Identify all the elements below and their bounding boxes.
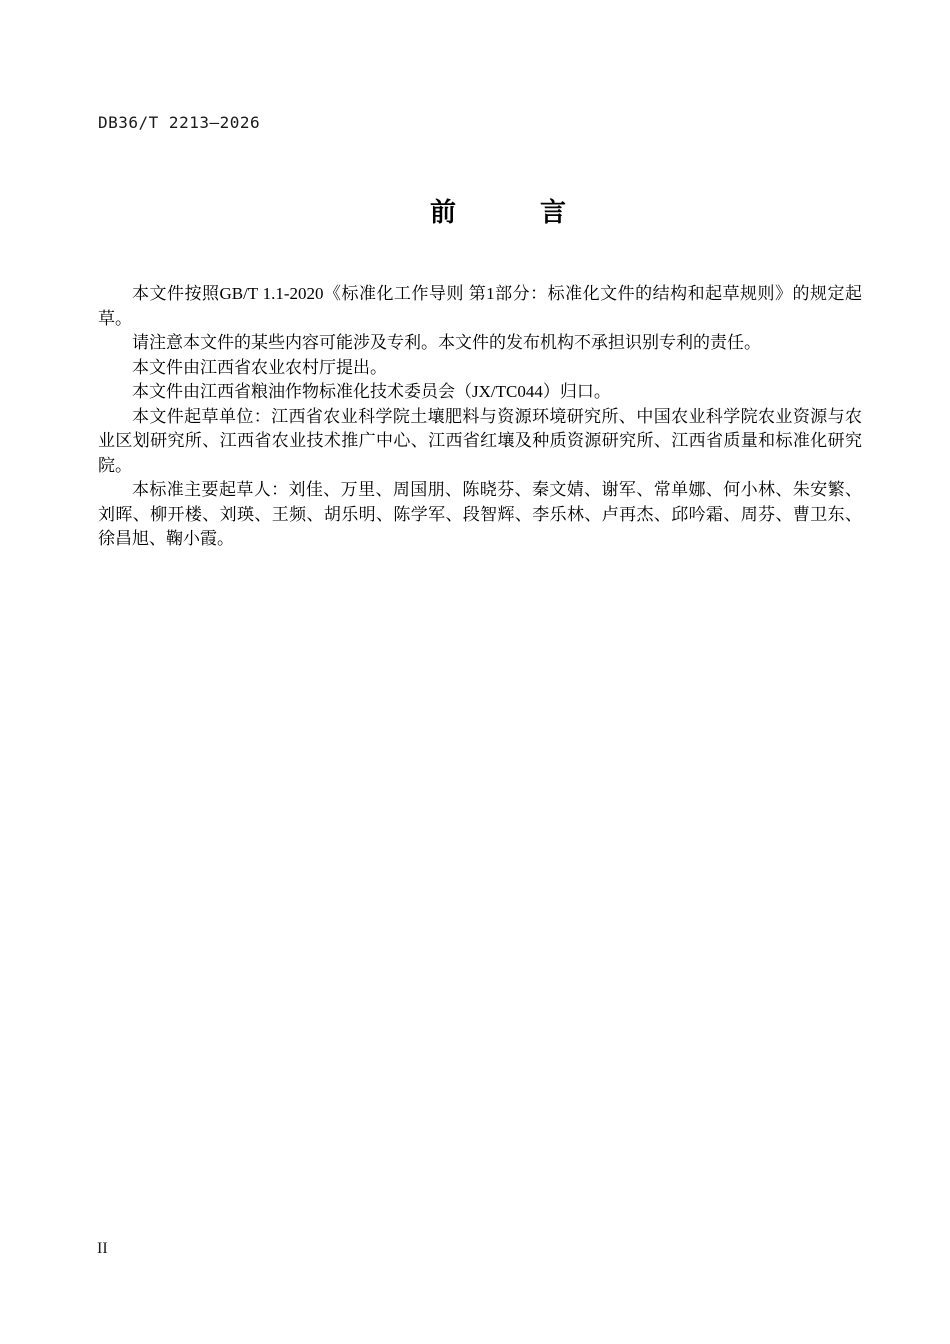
paragraph-proposed-by: 本文件由江西省农业农村厅提出。 — [98, 356, 862, 381]
paragraph-under-jurisdiction: 本文件由江西省粮油作物标准化技术委员会（JX/TC044）归口。 — [98, 380, 862, 405]
paragraph-drafting-rules: 本文件按照GB/T 1.1-2020《标准化工作导则 第1部分：标准化文件的结构… — [98, 282, 862, 331]
standard-code-header: DB36/T 2213—2026 — [98, 113, 260, 132]
foreword-title-char-2: 言 — [540, 197, 566, 227]
foreword-body: 本文件按照GB/T 1.1-2020《标准化工作导则 第1部分：标准化文件的结构… — [98, 282, 862, 552]
paragraph-main-drafters: 本标准主要起草人：刘佳、万里、周国朋、陈晓芬、秦文婧、谢军、常单娜、何小林、朱安… — [98, 478, 862, 552]
paragraph-drafting-organizations: 本文件起草单位：江西省农业科学院土壤肥料与资源环境研究所、中国农业科学院农业资源… — [98, 405, 862, 479]
foreword-title: 前言 — [430, 197, 566, 227]
page-number: II — [97, 1240, 108, 1258]
paragraph-patent-notice: 请注意本文件的某些内容可能涉及专利。本文件的发布机构不承担识别专利的责任。 — [98, 331, 862, 356]
document-page: DB36/T 2213—2026 前言 本文件按照GB/T 1.1-2020《标… — [0, 0, 950, 1344]
foreword-title-char-1: 前 — [430, 197, 456, 227]
